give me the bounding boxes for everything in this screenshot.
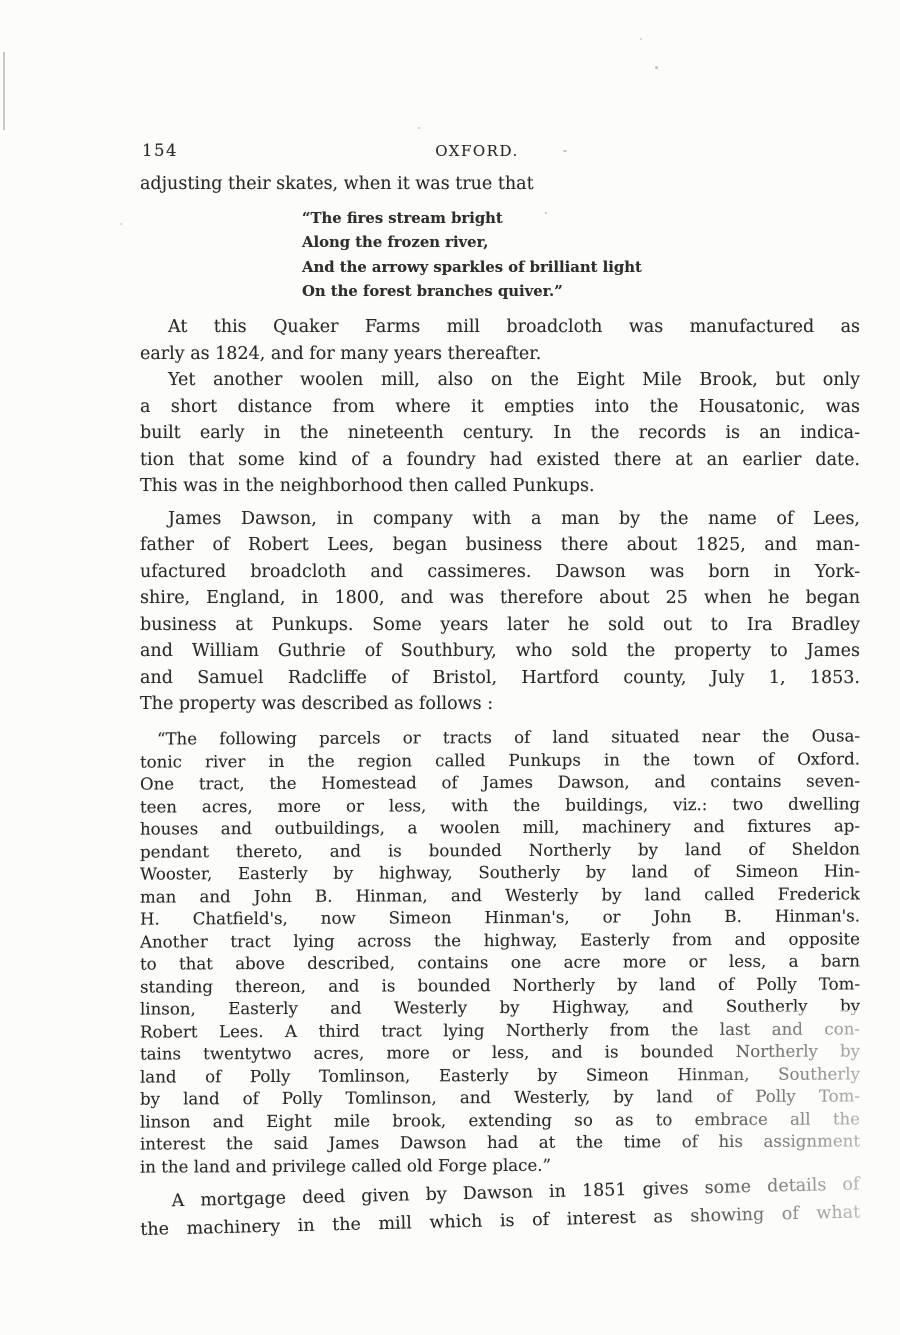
paragraph-line: tion that some kind of a foundry had exi… xyxy=(140,447,860,474)
verse-line: Along the frozen river, xyxy=(302,231,860,255)
paragraph-line: early as 1824, and for many years therea… xyxy=(140,341,860,368)
paragraph-quaker-farms: At this Quaker Farms mill broadcloth was… xyxy=(140,314,860,367)
verse-quote: “The fires stream brightAlong the frozen… xyxy=(140,207,860,304)
deed-quote-line: tains twentytwo acres, more or less, and… xyxy=(140,1040,860,1066)
paragraph-woolen-mill: Yet another woolen mill, also on the Eig… xyxy=(140,367,860,500)
verse-line: “The fires stream bright xyxy=(302,207,860,231)
paragraph-line: father of Robert Lees, began business th… xyxy=(140,532,860,559)
scan-speck xyxy=(655,66,658,69)
paragraph-line: shire, England, in 1800, and was therefo… xyxy=(140,585,860,612)
deed-quote-line: H. Chatfield's, now Simeon Hinman's, or … xyxy=(140,905,860,931)
deed-quote-line: pendant thereto, and is bounded Northerl… xyxy=(140,838,860,864)
paragraph-line: James Dawson, in company with a man by t… xyxy=(140,506,860,533)
deed-quote-line: “The following parcels or tracts of land… xyxy=(140,725,860,751)
paragraph-line: Yet another woolen mill, also on the Eig… xyxy=(140,367,860,394)
paragraph-james-dawson: James Dawson, in company with a man by t… xyxy=(140,506,860,718)
deed-quote-line: by land of Polly Tomlinson, and Westerly… xyxy=(140,1085,860,1111)
running-head: OXFORD. xyxy=(140,142,814,160)
paragraph-line: At this Quaker Farms mill broadcloth was… xyxy=(140,314,860,341)
intro-paragraph: adjusting their skates, when it was true… xyxy=(140,171,860,197)
deed-quote-line: standing thereon, and is bounded Norther… xyxy=(140,973,860,999)
deed-quote-line: Wooster, Easterly by highway, Southerly … xyxy=(140,860,860,886)
scan-speck xyxy=(640,38,642,40)
paragraph-line: The property was described as follows : xyxy=(140,691,860,718)
closing-paragraph: A mortgage deed given by Dawson in 1851 … xyxy=(139,1171,860,1244)
scan-speck xyxy=(418,127,420,129)
deed-quote-line: linson and Eight mile brook, extending s… xyxy=(140,1108,860,1134)
paragraph-line: a short distance from where it empties i… xyxy=(140,394,860,421)
deed-quote-line: tonic river in the region called Punkups… xyxy=(140,748,860,774)
deed-quote-line: houses and outbuildings, a woolen mill, … xyxy=(140,815,860,841)
deed-quote-line: interest the said James Dawson had at th… xyxy=(140,1130,860,1156)
verse-line: And the arrowy sparkles of brilliant lig… xyxy=(302,256,860,280)
paragraph-line: and William Guthrie of Southbury, who so… xyxy=(140,638,860,665)
deed-quote-line: Another tract lying across the highway, … xyxy=(140,928,860,954)
paragraph-line: This was in the neighborhood then called… xyxy=(140,473,860,500)
verse-line: On the forest branches quiver.” xyxy=(302,280,860,304)
page-header: 154 OXFORD. xyxy=(140,141,860,161)
intro-line: adjusting their skates, when it was true… xyxy=(140,171,860,197)
paragraph-line: built early in the nineteenth century. I… xyxy=(140,420,860,447)
scan-edge-line xyxy=(3,52,5,130)
deed-quote-line: Robert Lees. A third tract lying Norther… xyxy=(140,1018,860,1044)
paragraph-line: ufactured broadcloth and cassimeres. Daw… xyxy=(140,559,860,586)
deed-description-quote: “The following parcels or tracts of land… xyxy=(140,725,860,1178)
deed-quote-line: One tract, the Homestead of James Dawson… xyxy=(140,770,860,796)
scan-speck xyxy=(120,223,122,225)
paragraph-line: and Samuel Radcliffe of Bristol, Hartfor… xyxy=(140,665,860,692)
page-content: 154 OXFORD. adjusting their skates, when… xyxy=(140,141,860,1244)
paragraph-line: business at Punkups. Some years later he… xyxy=(140,612,860,639)
book-page: 154 OXFORD. adjusting their skates, when… xyxy=(0,0,900,1335)
deed-quote-line: land of Polly Tomlinson, Easterly by Sim… xyxy=(140,1063,860,1089)
deed-quote-line: to that above described, contains one ac… xyxy=(140,950,860,976)
deed-quote-line: teen acres, more or less, with the build… xyxy=(140,793,860,819)
deed-quote-line: man and John B. Hinman, and Westerly by … xyxy=(140,883,860,909)
deed-quote-line: linson, Easterly and Westerly by Highway… xyxy=(140,995,860,1021)
